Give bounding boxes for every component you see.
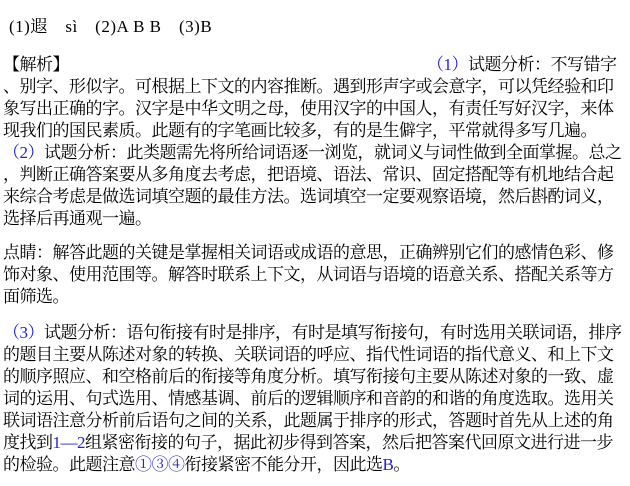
analysis-section-3: （3）试题分析：语句衔接有时是排序，有时是填写衔接句，有时选用关联词语，排序的题… xyxy=(3,322,628,476)
analysis-section-1: 【解析】（1）试题分析：不写错字、别字、形似字。可根据上下文的内容推断。遇到形声… xyxy=(3,54,628,142)
text-segment: （3） xyxy=(3,323,44,342)
analysis-section-2: （2）试题分析：此类题需先将所给词语逐一浏览，就词义与词性做到全面掌握。总之，判… xyxy=(3,142,628,230)
section-1-marker: （1） xyxy=(427,55,468,74)
answer-analysis-document: (1)遐 sì (2)A B B (3)B 【解析】（1）试题分析：不写错字、别… xyxy=(0,0,630,486)
heading-spacer xyxy=(69,69,427,70)
text-segment: B xyxy=(383,455,394,474)
section-2-text: 试题分析：此类题需先将所给词语逐一浏览，就词义与词性做到全面掌握。总之，判断正确… xyxy=(3,143,622,228)
tip-paragraph: 点睛：解答此题的关键是掌握相关词语或成语的意思，正确辨别它们的感情色彩、修饰对象… xyxy=(3,242,628,308)
text-segment: ①③④ xyxy=(135,455,185,474)
section-2-marker: （2） xyxy=(3,143,44,162)
text-segment: 。 xyxy=(393,455,410,474)
text-segment: 衔接紧密不能分开，因此选 xyxy=(185,455,383,474)
answer-summary-line: (1)遐 sì (2)A B B (3)B xyxy=(9,16,628,38)
section-1-text: 试题分析：不写错字、别字、形似字。可根据上下文的内容推断。遇到形声字或会意字，可… xyxy=(3,55,617,140)
analysis-heading-label: 【解析】 xyxy=(3,55,69,74)
text-segment: 1—2 xyxy=(53,433,86,452)
